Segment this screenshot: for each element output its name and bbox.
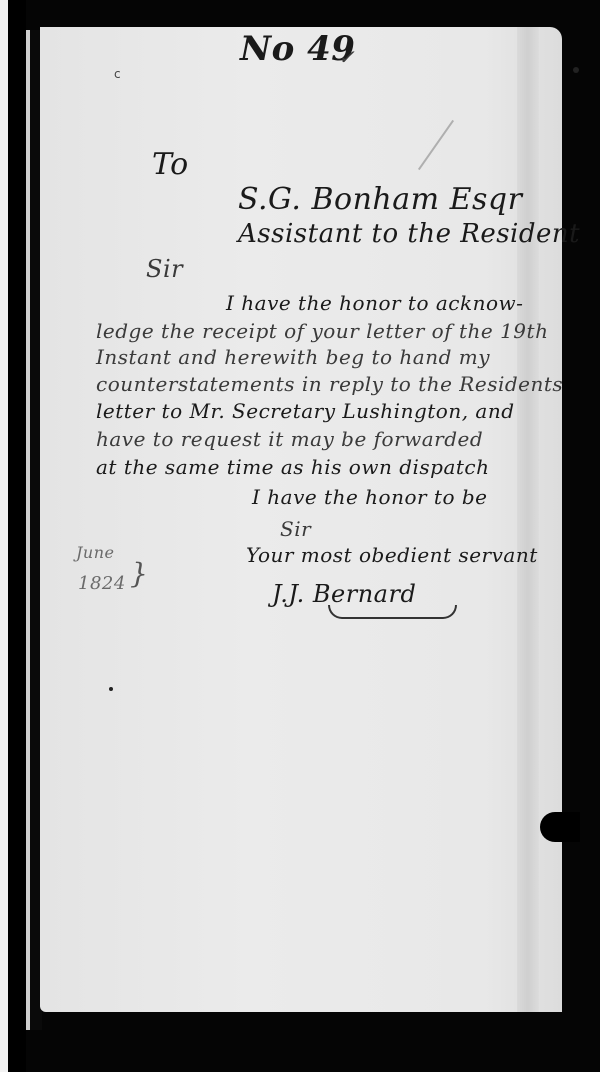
- closing-sir: Sir: [280, 517, 311, 541]
- body-line: Instant and herewith beg to hand my: [96, 345, 490, 369]
- margin-brace: }: [130, 557, 148, 590]
- ink-spot: [573, 67, 579, 73]
- body-line: letter to Mr. Secretary Lushington, and: [96, 399, 515, 423]
- signature: J.J. Bernard: [272, 580, 416, 608]
- manuscript-page: c No 49 ✓ To S.G. Bonham Esqr Assistant …: [40, 27, 562, 1012]
- body-line: at the same time as his own dispatch: [96, 455, 490, 479]
- body-line: ledge the receipt of your letter of the …: [96, 319, 548, 343]
- page-fold-crease: [517, 27, 539, 1012]
- addressee-name: S.G. Bonham Esqr: [238, 182, 522, 217]
- signature-flourish: [328, 605, 457, 619]
- closing-phrase: Your most obedient servant: [246, 543, 538, 567]
- page-tab-shadow: [540, 812, 580, 842]
- corner-mark: c: [114, 67, 121, 81]
- binding-shadow: [8, 0, 26, 1072]
- margin-note-year: 1824: [78, 573, 126, 594]
- body-line: I have the honor to acknow-: [226, 291, 523, 315]
- margin-note-month: June: [76, 543, 115, 562]
- body-line: counterstatements in reply to the Reside…: [96, 372, 563, 396]
- check-mark: ✓: [338, 45, 355, 69]
- closing-line: I have the honor to be: [252, 485, 488, 509]
- ink-dot: [109, 687, 113, 691]
- body-line: have to request it may be forwarded: [96, 427, 483, 451]
- scan-edge-left: [0, 0, 8, 1072]
- addressee-title: Assistant to the Resident: [238, 219, 580, 249]
- pen-stroke: [418, 120, 454, 170]
- salutation: Sir: [146, 255, 183, 283]
- salutation-to: To: [152, 147, 189, 182]
